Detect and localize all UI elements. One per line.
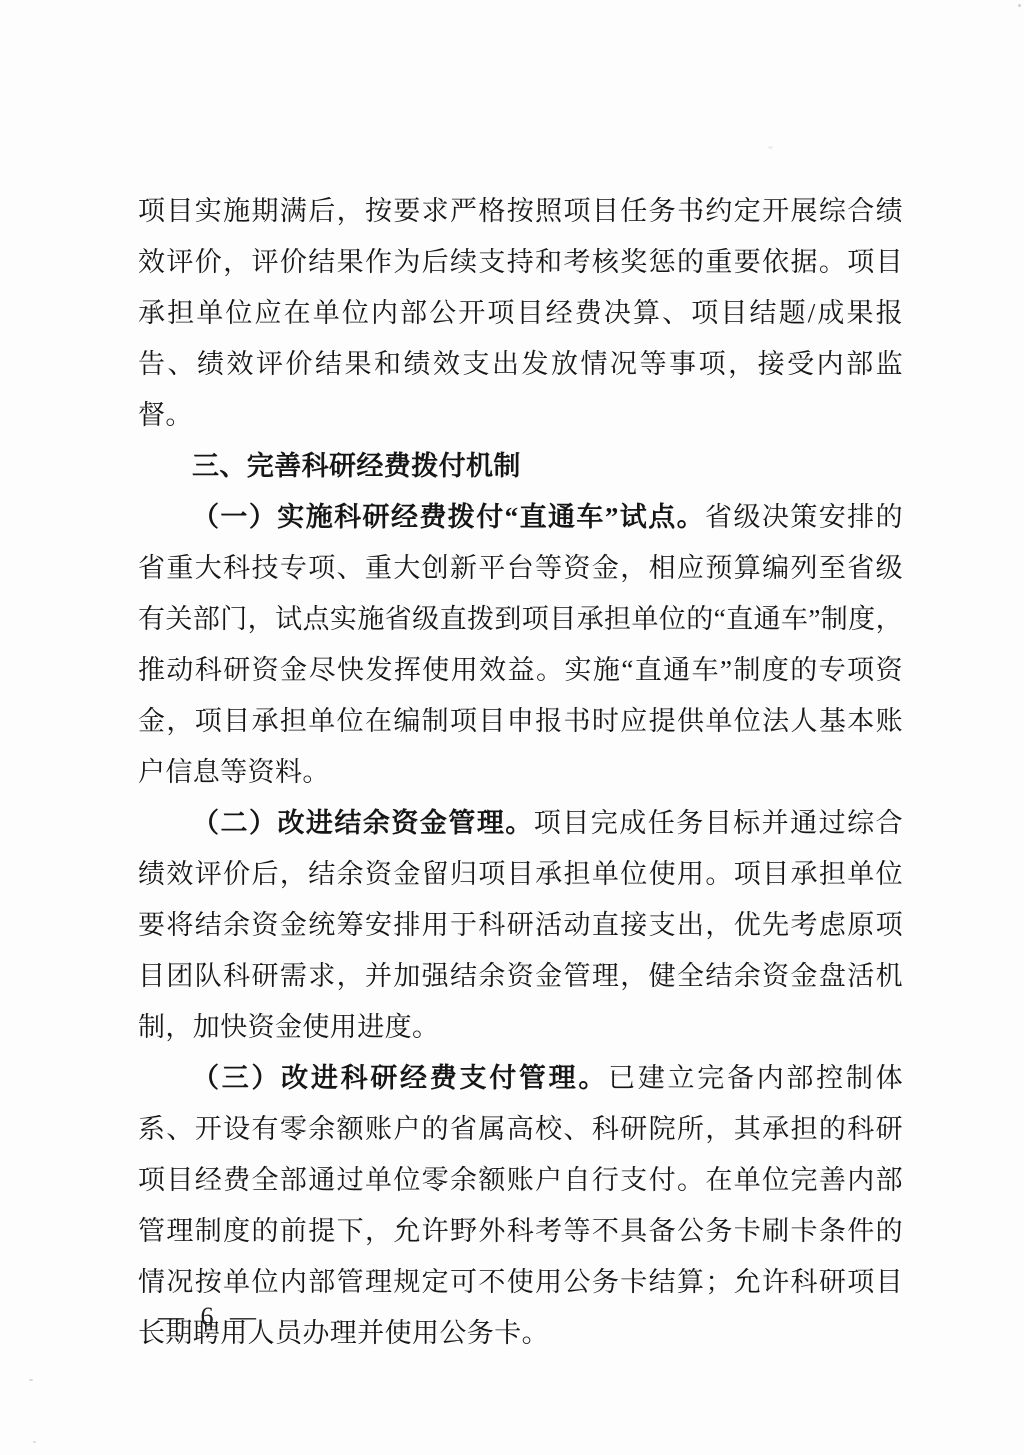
- section-heading: 三、完善科研经费拨付机制: [138, 441, 903, 492]
- paragraph-item-3-lead: （三）改进科研经费支付管理。: [192, 1063, 608, 1093]
- page-number: — 6 —: [158, 1300, 256, 1334]
- scan-speck: [1018, 4, 1021, 7]
- paragraph-item-1: （一）实施科研经费拨付“直通车”试点。省级决策安排的省重大科技专项、重大创新平台…: [138, 492, 903, 798]
- document-body: 项目实施期满后，按要求严格按照项目任务书约定开展综合绩效评价，评价结果作为后续支…: [138, 186, 903, 1359]
- document-page: 项目实施期满后，按要求严格按照项目任务书约定开展综合绩效评价，评价结果作为后续支…: [0, 0, 1024, 1455]
- paragraph-item-1-lead: （一）实施科研经费拨付“直通车”试点。: [192, 502, 705, 532]
- scan-speck: [33, 1441, 36, 1443]
- scan-speck: [29, 1379, 33, 1381]
- paragraph-carryover: 项目实施期满后，按要求严格按照项目任务书约定开展综合绩效评价，评价结果作为后续支…: [138, 186, 903, 441]
- paragraph-item-2-lead: （二）改进结余资金管理。: [192, 808, 534, 838]
- paragraph-item-2-text: 项目完成任务目标并通过综合绩效评价后，结余资金留归项目承担单位使用。项目承担单位…: [138, 808, 903, 1042]
- paragraph-item-2: （二）改进结余资金管理。项目完成任务目标并通过综合绩效评价后，结余资金留归项目承…: [138, 798, 903, 1053]
- paragraph-item-1-text: 省级决策安排的省重大科技专项、重大创新平台等资金，相应预算编列至省级有关部门，试…: [138, 502, 903, 787]
- scan-speck: [768, 146, 773, 149]
